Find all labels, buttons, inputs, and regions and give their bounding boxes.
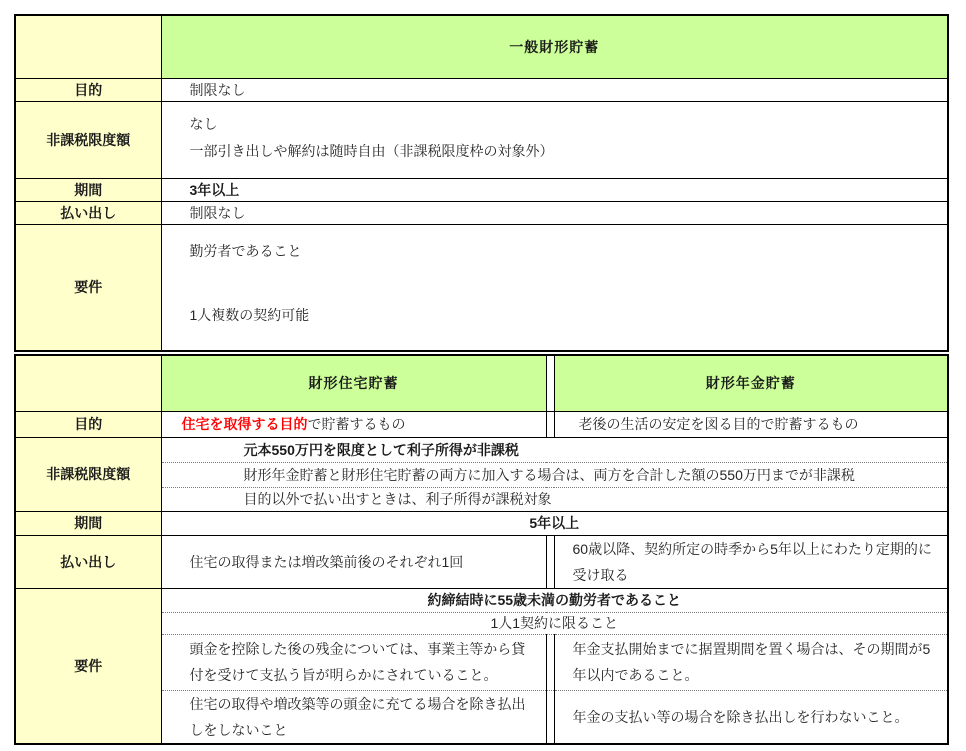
comparison-requirements-label: 要件 bbox=[15, 588, 161, 744]
housing-requirement-1: 頭金を控除した後の残金については、事業主等から貸付を受けて支払う旨が明らかにされ… bbox=[161, 634, 546, 690]
comparison-purpose-label: 目的 bbox=[15, 411, 161, 437]
column-divider bbox=[546, 535, 554, 588]
comparison-withdrawal-label: 払い出し bbox=[15, 535, 161, 588]
general-tax-limit-line-1: なし bbox=[190, 111, 938, 138]
general-purpose-value: 制限なし bbox=[161, 78, 948, 101]
pension-purpose-value: 老後の生活の安定を図る目的で貯蓄するもの bbox=[554, 411, 948, 437]
general-withdrawal-value: 制限なし bbox=[161, 201, 948, 224]
requirements-common-line-2: 1人1契約に限ること bbox=[161, 612, 948, 634]
general-tax-limit-label: 非課税限度額 bbox=[15, 101, 161, 178]
general-tax-limit-value: なし 一部引き出しや解約は随時自由（非課税限度枠の対象外） bbox=[161, 101, 948, 178]
general-requirements-line-2: 1人複数の契約可能 bbox=[190, 305, 938, 325]
general-savings-table: 一般財形貯蓄 目的 制限なし 非課税限度額 なし 一部引き出しや解約は随時自由（… bbox=[14, 14, 949, 352]
comparison-corner-cell bbox=[15, 355, 161, 411]
savings-comparison-sheet: 一般財形貯蓄 目的 制限なし 非課税限度額 なし 一部引き出しや解約は随時自由（… bbox=[14, 14, 947, 745]
housing-pension-table: 財形住宅貯蓄 財形年金貯蓄 目的 住宅を取得する目的で貯蓄するもの 老後の生活の… bbox=[14, 354, 949, 745]
general-tax-limit-line-2: 一部引き出しや解約は随時自由（非課税限度枠の対象外） bbox=[190, 138, 938, 165]
housing-withdrawal-value: 住宅の取得または増改築前後のそれぞれ1回 bbox=[161, 535, 546, 588]
general-requirements-value: 勤労者であること 1人複数の契約可能 bbox=[161, 224, 948, 351]
comparison-tax-limit-label: 非課税限度額 bbox=[15, 437, 161, 511]
tax-limit-line-3: 目的以外で払い出すときは、利子所得が課税対象 bbox=[161, 487, 948, 511]
general-withdrawal-label: 払い出し bbox=[15, 201, 161, 224]
general-corner-cell bbox=[15, 15, 161, 78]
general-period-label: 期間 bbox=[15, 178, 161, 201]
general-header-cell: 一般財形貯蓄 bbox=[161, 15, 948, 78]
general-period-value: 3年以上 bbox=[161, 178, 948, 201]
tax-limit-line-2: 財形年金貯蓄と財形住宅貯蓄の両方に加入する場合は、両方を合計した額の550万円ま… bbox=[161, 462, 948, 487]
housing-requirement-2: 住宅の取得や増改築等の頭金に充てる場合を除き払出しをしないこと bbox=[161, 690, 546, 744]
column-divider bbox=[546, 690, 554, 744]
general-purpose-label: 目的 bbox=[15, 78, 161, 101]
general-requirements-line-1: 勤労者であること bbox=[190, 241, 938, 261]
column-divider bbox=[546, 355, 554, 411]
pension-header-cell: 財形年金貯蓄 bbox=[554, 355, 948, 411]
pension-requirement-1: 年金支払開始までに据置期間を置く場合は、その期間が5年以内であること。 bbox=[554, 634, 948, 690]
general-requirements-label: 要件 bbox=[15, 224, 161, 351]
comparison-period-value: 5年以上 bbox=[161, 511, 948, 535]
housing-purpose-emphasis: 住宅を取得する目的 bbox=[182, 416, 308, 432]
requirements-common-line-1: 約締結時に55歳未満の勤労者であること bbox=[161, 588, 948, 612]
pension-withdrawal-value: 60歳以降、契約所定の時季から5年以上にわたり定期的に受け取る bbox=[554, 535, 948, 588]
comparison-period-label: 期間 bbox=[15, 511, 161, 535]
column-divider bbox=[546, 634, 554, 690]
housing-purpose-rest: で貯蓄するもの bbox=[308, 416, 406, 432]
pension-requirement-2: 年金の支払い等の場合を除き払出しを行わないこと。 bbox=[554, 690, 948, 744]
housing-purpose-value: 住宅を取得する目的で貯蓄するもの bbox=[161, 411, 546, 437]
housing-header-cell: 財形住宅貯蓄 bbox=[161, 355, 546, 411]
tax-limit-line-1: 元本550万円を限度として利子所得が非課税 bbox=[161, 437, 948, 462]
column-divider bbox=[546, 411, 554, 437]
